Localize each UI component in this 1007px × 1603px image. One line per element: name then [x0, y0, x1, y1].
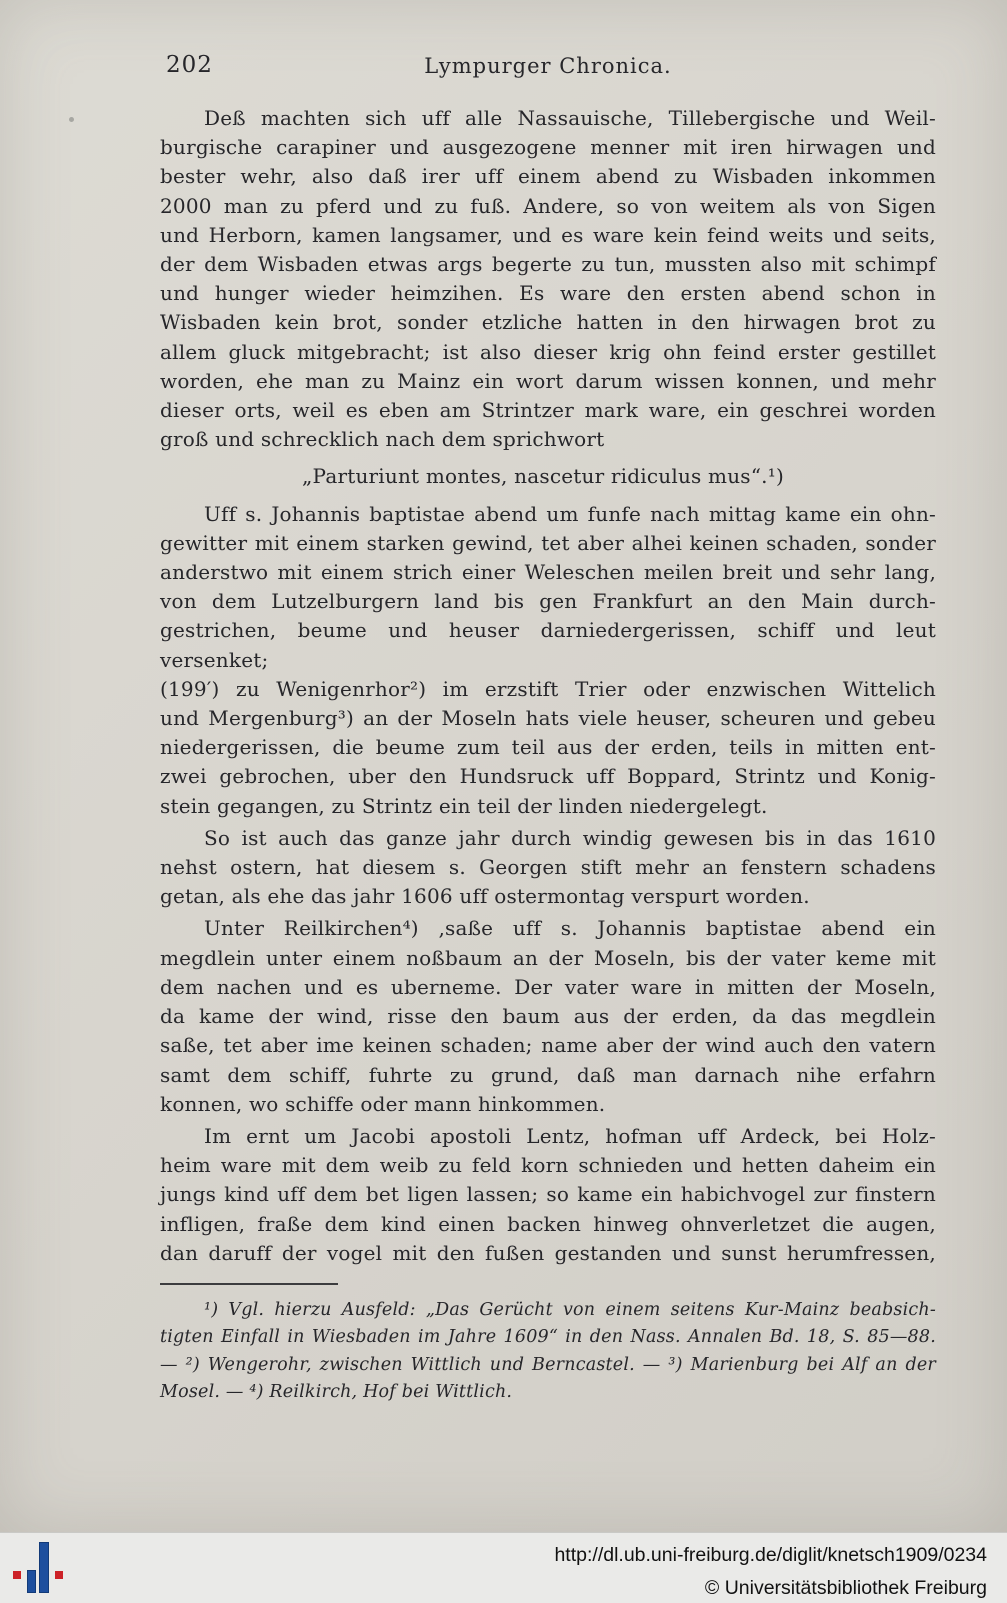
paragraph: Deß machten sich uff alle Nassauische, T… [160, 104, 936, 454]
text-line: dem nachen und es uberneme. Der vater wa… [160, 973, 936, 1002]
footer-text: http://dl.ub.uni-freiburg.de/diglit/knet… [554, 1539, 987, 1603]
text-line: ¹) Vgl. hierzu Ausfeld: „Das Gerücht von… [160, 1297, 936, 1325]
text-line: jungs kind uff dem bet ligen lassen; so … [160, 1180, 936, 1209]
document-url: http://dl.ub.uni-freiburg.de/diglit/knet… [554, 1539, 987, 1572]
scan-speck [69, 117, 74, 122]
text-line: anderstwo mit einem strich einer Welesch… [160, 558, 936, 587]
text-line: bester wehr, also daß irer uff einem abe… [160, 162, 936, 191]
text-line: konnen, wo schiffe oder mann hinkommen. [160, 1090, 936, 1119]
logo-blue-bar-short [27, 1570, 36, 1593]
paragraph: Im ernt um Jacobi apostoli Lentz, hofman… [160, 1122, 936, 1268]
text-line: samt dem schiff, fuhrte zu grund, daß ma… [160, 1061, 936, 1090]
text-line: groß und schrecklich nach dem sprichwort [160, 425, 936, 454]
scanned-page: 202 Lympurger Chronica. Deß machten sich… [0, 0, 1007, 1532]
text-line: dieser orts, weil es eben am Strintzer m… [160, 396, 936, 425]
text-line: Deß machten sich uff alle Nassauische, T… [160, 104, 936, 133]
text-line: getan, als ehe das jahr 1606 uff ostermo… [160, 882, 936, 911]
text-line: heim ware mit dem weib zu feld korn schn… [160, 1151, 936, 1180]
text-line: nehst ostern, hat diesem s. Georgen stif… [160, 853, 936, 882]
text-line: da kame der wind, risse den baum aus der… [160, 1002, 936, 1031]
text-line: Unter Reilkirchen⁴) ‚saße uff s. Johanni… [160, 914, 936, 943]
text-line: infligen, fraße dem kind einen backen hi… [160, 1210, 936, 1239]
text-block: Deß machten sich uff alle Nassauische, T… [160, 104, 936, 1407]
text-line: So ist auch das ganze jahr durch windig … [160, 824, 936, 853]
text-line: Uff s. Johannis baptistae abend um funfe… [160, 500, 936, 529]
text-line: dan daruff der vogel mit den fußen gesta… [160, 1239, 936, 1268]
paragraph: Unter Reilkirchen⁴) ‚saße uff s. Johanni… [160, 914, 936, 1118]
text-line: gewitter mit einem starken gewind, tet a… [160, 529, 936, 558]
text-line: und hunger wieder heimzihen. Es ware den… [160, 279, 936, 308]
logo-red-square-left [13, 1571, 21, 1579]
quote-paragraph: „Parturiunt montes, nascetur ridiculus m… [302, 462, 936, 491]
text-line: „Parturiunt montes, nascetur ridiculus m… [302, 462, 936, 491]
ub-freiburg-logo [6, 1537, 76, 1599]
text-line: tigten Einfall in Wiesbaden im Jahre 160… [160, 1324, 936, 1352]
viewer-footer: http://dl.ub.uni-freiburg.de/diglit/knet… [0, 1532, 1007, 1603]
text-line: gestrichen, beume und heuser darniederge… [160, 616, 936, 674]
logo-red-square-right [55, 1571, 63, 1579]
text-line: saße, tet aber ime keinen schaden; name … [160, 1031, 936, 1060]
text-line: (199′) zu Wenigenrhor²) im erzstift Trie… [160, 675, 936, 704]
text-line: niedergerissen, die beume zum teil aus d… [160, 733, 936, 762]
text-line: der dem Wisbaden etwas args begerte zu t… [160, 250, 936, 279]
body-text: Deß machten sich uff alle Nassauische, T… [160, 104, 936, 1268]
viewer: 202 Lympurger Chronica. Deß machten sich… [0, 0, 1007, 1603]
text-line: stein gegangen, zu Strintz ein teil der … [160, 792, 936, 821]
copyright-notice: © Universitätsbibliothek Freiburg [554, 1572, 987, 1603]
logo-blue-bar-tall [39, 1542, 49, 1593]
text-line: allem gluck mitgebracht; ist also dieser… [160, 338, 936, 367]
text-line: von dem Lutzelburgern land bis gen Frank… [160, 587, 936, 616]
page-title: Lympurger Chronica. [160, 54, 936, 78]
text-line: megdlein unter einem noßbaum an der Mose… [160, 944, 936, 973]
text-line: 2000 man zu pferd und zu fuß. Andere, so… [160, 192, 936, 221]
footnotes: ¹) Vgl. hierzu Ausfeld: „Das Gerücht von… [160, 1297, 936, 1407]
text-line: worden, ehe man zu Mainz ein wort darum … [160, 367, 936, 396]
text-line: Im ernt um Jacobi apostoli Lentz, hofman… [160, 1122, 936, 1151]
paragraph: Uff s. Johannis baptistae abend um funfe… [160, 500, 936, 821]
text-line: und Herborn, kamen langsamer, und es war… [160, 221, 936, 250]
text-line: burgische carapiner und ausgezogene menn… [160, 133, 936, 162]
text-line: Mosel. — ⁴) Reilkirch, Hof bei Wittlich. [160, 1379, 936, 1407]
footnote-separator [160, 1283, 338, 1285]
text-line: Wisbaden kein brot, sonder etzliche hatt… [160, 308, 936, 337]
text-line: — ²) Wengerohr, zwischen Wittlich und Be… [160, 1352, 936, 1380]
page-header: 202 Lympurger Chronica. [160, 52, 936, 82]
paragraph: So ist auch das ganze jahr durch windig … [160, 824, 936, 912]
text-line: und Mergenburg³) an der Moseln hats viel… [160, 704, 936, 733]
text-line: zwei gebrochen, uber den Hundsruck uff B… [160, 762, 936, 791]
